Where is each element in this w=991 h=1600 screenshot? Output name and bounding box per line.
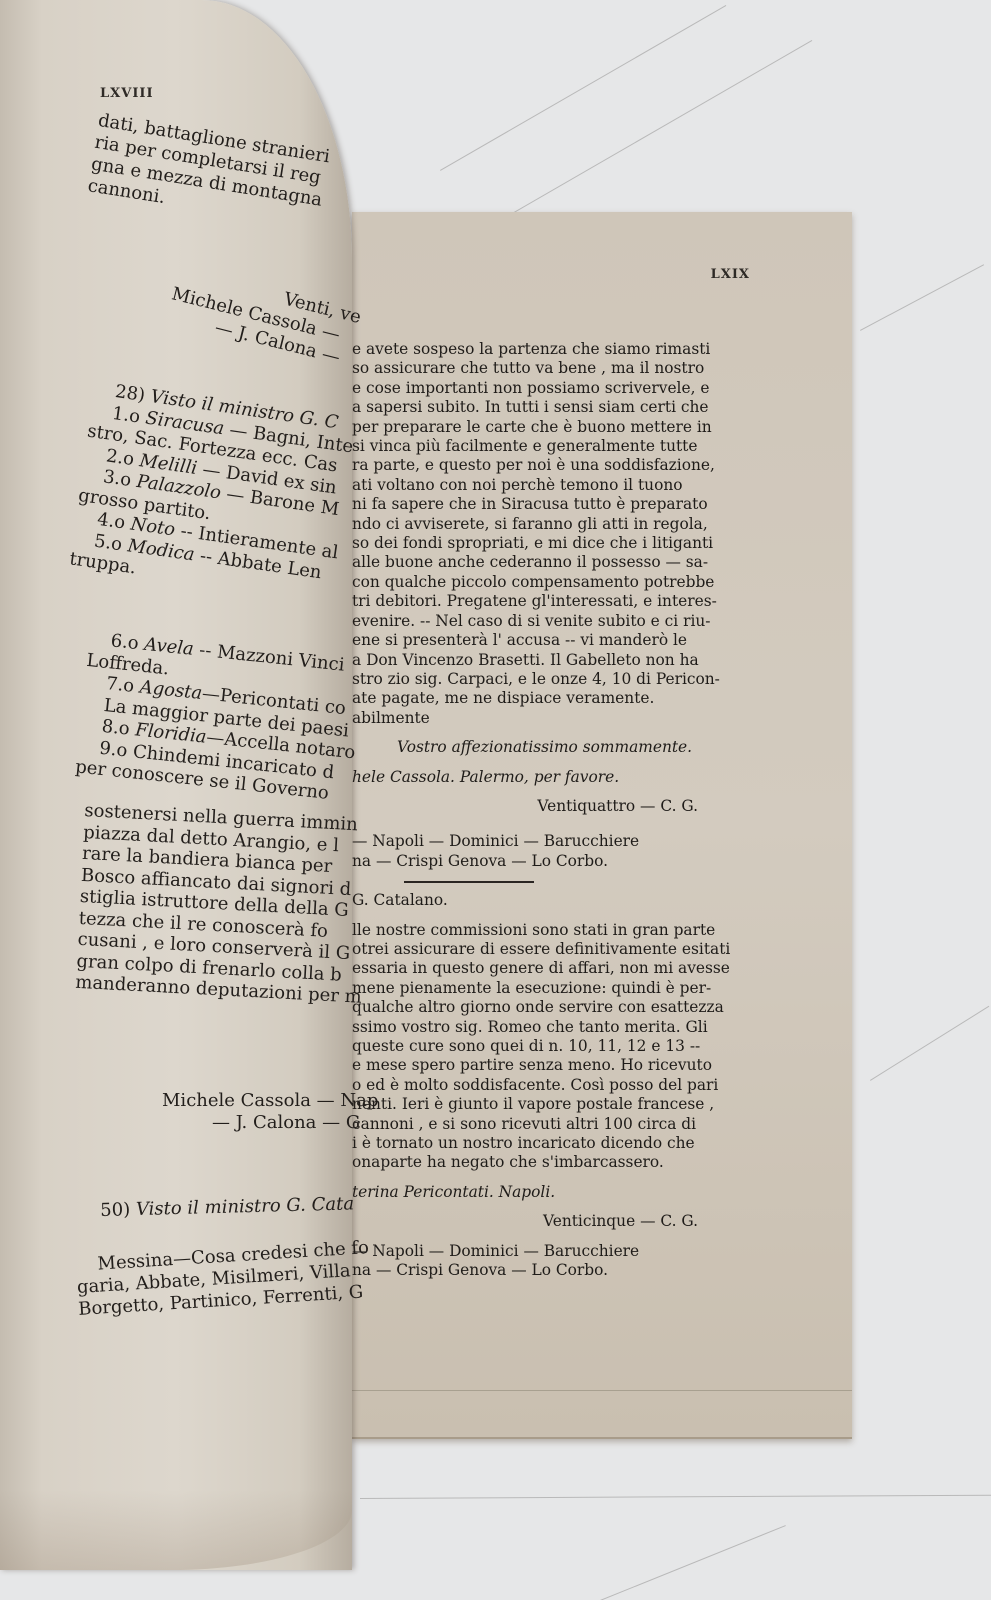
text-line: e mese spero partire senza meno. Ho rice… [352, 1056, 760, 1075]
text-line: so assicurare che tutto va bene , ma il … [352, 359, 760, 378]
closing-salutation: Vostro affezionatissimo sommamente. [352, 738, 760, 757]
letter-address: terina Pericontati. Napoli. [352, 1183, 760, 1202]
signature-name: Michele Cassola — Nap [162, 1090, 378, 1112]
text-line: ene si presenterà l' accusa -- vi mander… [352, 631, 760, 650]
recipients-line: na — Crispi Genova — Lo Corbo. [352, 852, 760, 871]
top-paragraph: dati, battaglione stranieri ria per comp… [86, 110, 331, 234]
pencil-mark [600, 1525, 786, 1600]
text-line: alle buone anche cederanno il possesso —… [352, 553, 760, 572]
text-line: o ed è molto soddisfacente. Così posso d… [352, 1076, 760, 1095]
text-line: tri debitori. Pregatene gl'interessati, … [352, 592, 760, 611]
pencil-mark [500, 40, 812, 221]
text-line: per preparare le carte che è buono mette… [352, 418, 760, 437]
text-line: ndo ci avviserete, si faranno gli atti i… [352, 515, 760, 534]
text-line: ssimo vostro sig. Romeo che tanto merita… [352, 1018, 760, 1037]
text-line: si vinca più facilmente e generalmente t… [352, 437, 760, 456]
text-line: con qualche piccolo compensamento potreb… [352, 573, 760, 592]
pencil-mark [870, 1006, 989, 1081]
recipients-line: — Napoli — Dominici — Barucchiere [352, 832, 760, 851]
section-number: 50) [100, 1199, 130, 1221]
right-page: LXIX e avete sospeso la partenza che sia… [352, 212, 852, 1439]
section-heading: Visto il ministro G. Cata [136, 1193, 355, 1220]
text-line: ra parte, e questo per noi è una soddisf… [352, 456, 760, 475]
text-line: ni fa sapere che in Siracusa tutto è pre… [352, 495, 760, 514]
addressee: G. Catalano. [352, 891, 760, 910]
page-fold-line [352, 1390, 852, 1391]
text-line: mene pienamente la esecuzione: quindi è … [352, 979, 760, 998]
text-line: a Don Vincenzo Brasetti. Il Gabelleto no… [352, 651, 760, 670]
item-number: 7.o [105, 673, 135, 697]
right-page-body: e avete sospeso la partenza che siamo ri… [352, 340, 760, 1280]
text-line: a sapersi subito. In tutti i sensi siam … [352, 398, 760, 417]
text-line: cannoni , e si sono ricevuti altri 100 c… [352, 1115, 760, 1134]
section-50: 50) Visto il ministro G. Cata [100, 1193, 354, 1222]
text-line: stro zio sig. Carpaci, e le onze 4, 10 d… [352, 670, 760, 689]
item-number: 6.o [110, 630, 140, 654]
letter-signoff: Ventiquattro — C. G. [352, 797, 760, 816]
paragraph-1: e avete sospeso la partenza che siamo ri… [352, 340, 760, 728]
paragraph-2: lle nostre commissioni sono stati in gra… [352, 921, 760, 1173]
text-line: e avete sospeso la partenza che siamo ri… [352, 340, 760, 359]
signature-block-1: Venti, ve Michele Cassola — — J. Calona … [164, 262, 363, 372]
page-number: LXIX [711, 267, 750, 282]
text-line: queste cure sono quei di n. 10, 11, 12 e… [352, 1037, 760, 1056]
text-line: e cose importanti non possiamo scriverve… [352, 379, 760, 398]
section-50-body: Messina—Cosa credesi che fo garia, Abbat… [75, 1237, 372, 1321]
page-number: LXVIII [100, 86, 154, 101]
text-line: otrei assicurare di essere definitivamen… [352, 940, 760, 959]
text-line: evenire. -- Nel caso di si venite subito… [352, 612, 760, 631]
section-28: 28) Visto il ministro G. C 1.o Siracusa … [68, 378, 358, 607]
letter-signoff: Venticinque — C. G. [352, 1212, 760, 1231]
recipients-line: na — Crispi Genova — Lo Corbo. [352, 1261, 760, 1280]
text-line: abilmente [352, 709, 760, 728]
signature-block-2: Michele Cassola — Nap — J. Calona — G [162, 1090, 378, 1134]
item-number: 3.o [102, 466, 133, 491]
item-number: 8.o [101, 716, 131, 740]
text-line: ati voltano con noi perchè temono il tuo… [352, 476, 760, 495]
section-28-body: sostenersi nella guerra immin piazza dal… [75, 800, 371, 1008]
section-divider [404, 881, 534, 883]
signature-name: — J. Calona — G [162, 1112, 378, 1134]
text-line: so dei fondi spropriati, e mi dice che i… [352, 534, 760, 553]
text-line: ate pagate, me ne dispiace veramente. [352, 689, 760, 708]
section-28-continued: 6.o Avela -- Mazzoni Vinci Loffreda. 7.o… [74, 628, 365, 807]
text-line: i è tornato un nostro incaricato dicendo… [352, 1134, 760, 1153]
text-line: qualche altro giorno onde servire con es… [352, 998, 760, 1017]
text-line: nenti. Ieri è giunto il vapore postale f… [352, 1095, 760, 1114]
left-page: LXVIII dati, battaglione stranieri ria p… [0, 0, 352, 1570]
pencil-mark [360, 1495, 991, 1499]
pencil-mark [440, 5, 726, 171]
text-line: essaria in questo genere di affari, non … [352, 959, 760, 978]
recipients-line: — Napoli — Dominici — Barucchiere [352, 1242, 760, 1261]
pencil-mark [860, 264, 984, 331]
text-line: lle nostre commissioni sono stati in gra… [352, 921, 760, 940]
text-line: onaparte ha negato che s'imbarcassero. [352, 1153, 760, 1172]
letter-address: hele Cassola. Palermo, per favore. [352, 768, 760, 787]
item-number: 9.o [98, 737, 128, 761]
